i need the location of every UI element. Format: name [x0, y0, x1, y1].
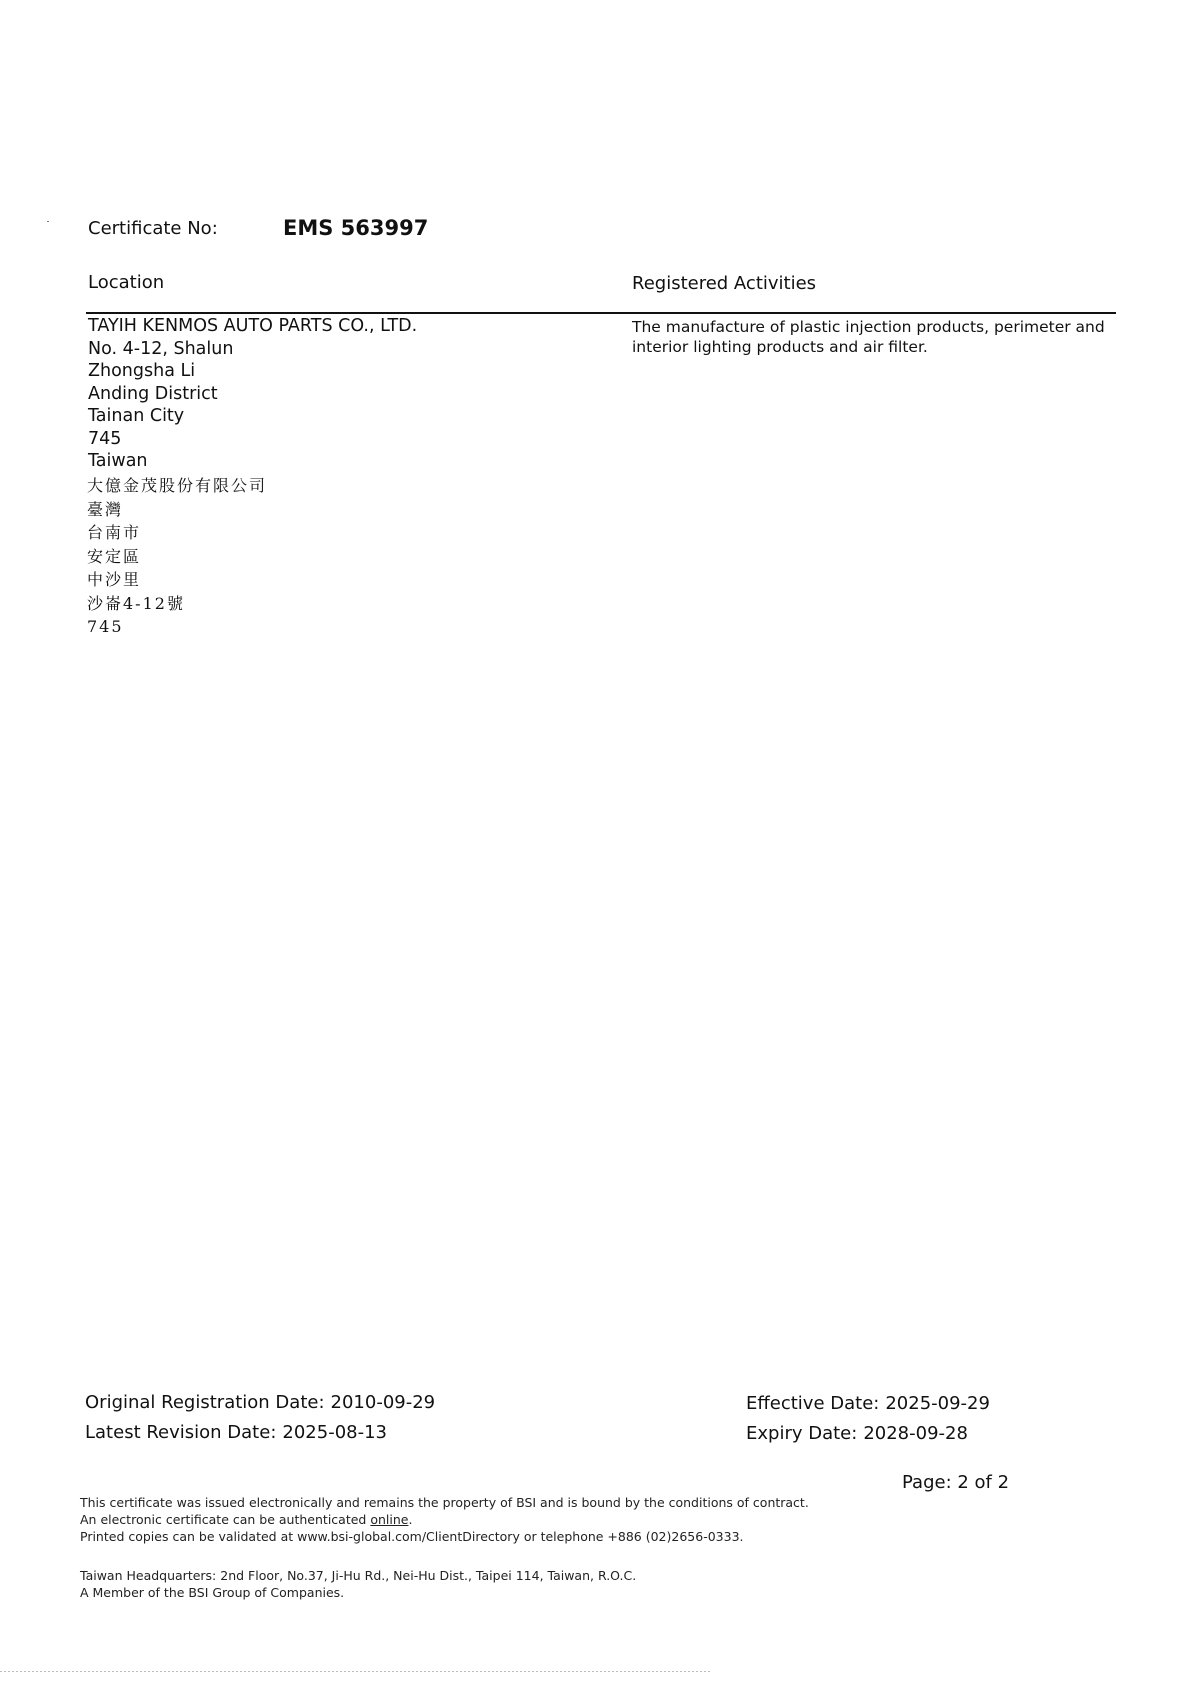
address-line: 中沙里: [87, 568, 267, 592]
footer-validation-notice: This certificate was issued electronical…: [80, 1494, 809, 1545]
original-registration-value: 2010-09-29: [331, 1392, 436, 1413]
address-line: 大億金茂股份有限公司: [87, 474, 267, 498]
address-line: 安定區: [87, 545, 267, 569]
footer-line: An electronic certificate can be authent…: [80, 1511, 809, 1528]
location-column-header: Location: [88, 272, 164, 293]
latest-revision-date: Latest Revision Date:2025-08-13: [85, 1422, 387, 1443]
certificate-number-label: Certificate No:: [88, 218, 218, 239]
footer-line: This certificate was issued electronical…: [80, 1494, 809, 1511]
address-line: Taiwan: [88, 450, 417, 473]
scan-edge-artifact: [0, 1671, 710, 1672]
expiry-date-value: 2028-09-28: [863, 1423, 968, 1444]
address-line: 745: [88, 428, 417, 451]
registered-activities-text: The manufacture of plastic injection pro…: [632, 317, 1112, 357]
effective-date: Effective Date:2025-09-29: [746, 1393, 990, 1414]
address-line: Zhongsha Li: [88, 360, 417, 383]
address-line: 745: [87, 615, 267, 639]
footer-text: .: [408, 1512, 412, 1527]
online-authentication-link[interactable]: online: [370, 1512, 408, 1527]
original-registration-label: Original Registration Date:: [85, 1392, 325, 1413]
page-number: Page: 2 of 2: [902, 1472, 1009, 1493]
certificate-number: EMS 563997: [283, 216, 428, 240]
address-line: Tainan City: [88, 405, 417, 428]
footer-line: Printed copies can be validated at www.b…: [80, 1528, 809, 1545]
address-line: 臺灣: [87, 498, 267, 522]
footer-headquarters: Taiwan Headquarters: 2nd Floor, No.37, J…: [80, 1567, 636, 1601]
address-line: 沙崙4-12號: [87, 592, 267, 616]
hq-address: Taiwan Headquarters: 2nd Floor, No.37, J…: [80, 1567, 636, 1584]
expiry-date-label: Expiry Date:: [746, 1423, 857, 1444]
original-registration-date: Original Registration Date:2010-09-29: [85, 1392, 435, 1413]
effective-date-value: 2025-09-29: [885, 1393, 990, 1414]
header-divider: [86, 312, 1116, 314]
expiry-date: Expiry Date:2028-09-28: [746, 1423, 968, 1444]
effective-date-label: Effective Date:: [746, 1393, 879, 1414]
scan-speck: [47, 221, 49, 222]
address-line: TAYIH KENMOS AUTO PARTS CO., LTD.: [88, 315, 417, 338]
address-line: No. 4-12, Shalun: [88, 338, 417, 361]
address-line: 台南市: [87, 521, 267, 545]
address-line: Anding District: [88, 383, 417, 406]
footer-text: An electronic certificate can be authent…: [80, 1512, 370, 1527]
location-address-chinese: 大億金茂股份有限公司 臺灣 台南市 安定區 中沙里 沙崙4-12號 745: [87, 474, 267, 639]
member-statement: A Member of the BSI Group of Companies.: [80, 1584, 636, 1601]
activities-column-header: Registered Activities: [632, 273, 816, 294]
location-address-english: TAYIH KENMOS AUTO PARTS CO., LTD. No. 4-…: [88, 315, 417, 473]
latest-revision-label: Latest Revision Date:: [85, 1422, 276, 1443]
latest-revision-value: 2025-08-13: [282, 1422, 387, 1443]
